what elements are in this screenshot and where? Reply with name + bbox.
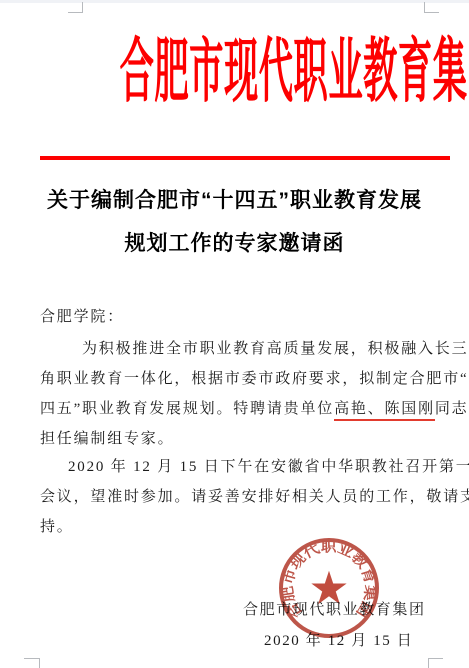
body-text-line: 2020 年 12 月 15 日下午在安徽省中华职教社召开第一次: [68, 455, 469, 476]
red-divider-line: [40, 156, 450, 160]
body-text-segment: 同志: [435, 401, 469, 417]
salutation: 合肥学院：: [40, 305, 124, 326]
seal-arc-text: 合肥市现代职业教育集团: [279, 538, 379, 638]
letterhead-title: 合肥市现代职业教育集团文件: [120, 35, 350, 107]
official-round-seal: 合肥市现代职业教育集团 ★: [279, 538, 379, 638]
document-title-line2: 规划工作的专家邀请函: [0, 227, 469, 257]
signature-date: 2020 年 12 月 15 日: [264, 629, 413, 650]
body-text-line: 会议，望准时参加。请妥善安排好相关人员的工作，敬请支: [40, 485, 469, 506]
document-page: 合肥市现代职业教育集团文件 关于编制合肥市“十四五”职业教育发展 规划工作的专家…: [0, 0, 469, 668]
document-title-line1: 关于编制合肥市“十四五”职业教育发展: [0, 184, 469, 214]
body-text-line: 角职业教育一体化，根据市委市政府要求，拟制定合肥市“十: [40, 367, 469, 388]
signature-org-name: 合肥市现代职业教育集团: [243, 598, 426, 619]
window-top-edge: [0, 0, 469, 3]
expert-names-underlined: 高艳、陈国刚: [334, 401, 435, 421]
body-text-line: 为积极推进全市职业教育高质量发展，积极融入长三: [82, 337, 468, 358]
body-text-line: 担任编制组专家。: [40, 427, 174, 448]
seal-ring-circle: [279, 538, 379, 638]
body-text-segment: 四五”职业教育发展规划。特聘请贵单位: [40, 401, 334, 417]
body-text-line: 持。: [40, 515, 74, 536]
body-text-line: 四五”职业教育发展规划。特聘请贵单位高艳、陈国刚同志: [40, 397, 468, 418]
